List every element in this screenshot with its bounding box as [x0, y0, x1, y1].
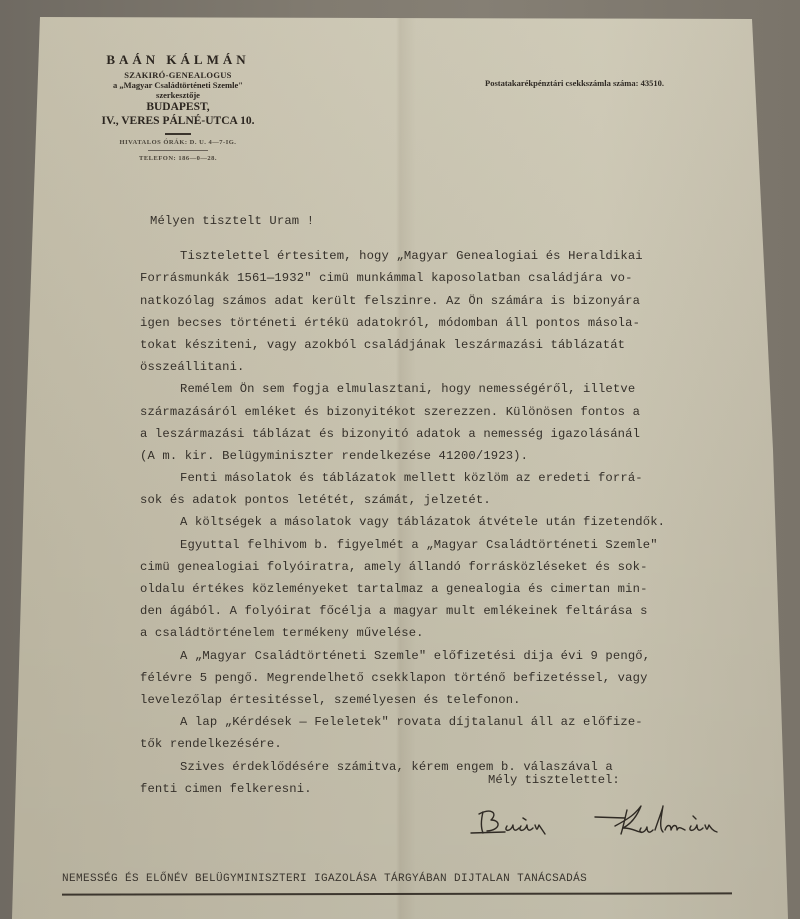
letterhead-role: szerkesztője — [78, 90, 278, 100]
text-line: Tisztelettel értesitem, hogy „Magyar Gen… — [140, 245, 740, 267]
text-line: den ágából. A folyóirat főcélja a magyar… — [140, 600, 740, 622]
letterhead-journal: a „Magyar Családtörténeti Szemle" — [78, 80, 278, 90]
text-line: Egyuttal felhivom b. figyelmét a „Magyar… — [140, 534, 740, 556]
paragraph-4: A költségek a másolatok vagy táblázatok … — [140, 511, 740, 533]
text-line: a családtörténelem termékeny művelése. — [140, 622, 740, 644]
text-line: oldalu értékes közleményeket tartalmaz a… — [140, 578, 740, 600]
text-line: igen becses történeti értékü adatokról, … — [140, 312, 740, 334]
paragraph-6: A „Magyar Családtörténeti Szemle" előfiz… — [140, 645, 740, 712]
paragraph-5: Egyuttal felhivom b. figyelmét a „Magyar… — [140, 534, 740, 645]
salutation: Mélyen tisztelt Uram ! — [140, 210, 740, 232]
text-line: A költségek a másolatok vagy táblázatok … — [140, 511, 740, 533]
text-line: natkozólag számos adat került felszinre.… — [140, 290, 740, 312]
text-line: A „Magyar Családtörténeti Szemle" előfiz… — [140, 645, 740, 667]
text-line: Fenti másolatok és táblázatok mellett kö… — [140, 467, 740, 489]
letterhead-name: BAÁN KÁLMÁN — [78, 52, 278, 68]
text-line: félévre 5 pengő. Megrendelhető csekklapo… — [140, 667, 740, 689]
paragraph-1: Tisztelettel értesitem, hogy „Magyar Gen… — [140, 245, 740, 378]
letterhead-address: IV., VERES PÁLNÉ-UTCA 10. — [78, 114, 278, 128]
letterhead-city: BUDAPEST, — [78, 101, 278, 114]
signature-icon — [465, 798, 755, 848]
letterhead-divider-small — [148, 150, 208, 151]
letterhead: BAÁN KÁLMÁN SZAKIRÓ-GENEALOGUS a „Magyar… — [78, 52, 278, 163]
text-line: cimü genealogiai folyóiratra, amely álla… — [140, 556, 740, 578]
letter-body: Mélyen tisztelt Uram ! Tisztelettel érte… — [140, 210, 740, 800]
closing-phrase: Mély tisztelettel: — [488, 773, 620, 787]
text-line: származásáról emléket és bizonyitékot sz… — [140, 401, 740, 423]
paragraph-7: A lap „Kérdések — Feleletek" rovata díjt… — [140, 711, 740, 755]
text-line: (A m. kir. Belügyminiszter rendelkezése … — [140, 445, 740, 467]
paragraph-8: Szives érdeklődésére számitva, kérem eng… — [140, 756, 740, 800]
letterhead-office-hours: HIVATALOS ÓRÁK: D. U. 4—7-IG. — [78, 138, 278, 147]
text-line: sok és adatok pontos letétét, számát, je… — [140, 489, 740, 511]
paragraph-2: Remélem Ön sem fogja elmulasztani, hogy … — [140, 378, 740, 467]
letterhead-divider — [165, 133, 191, 135]
letterhead-phone: TELEFON: 186—0—28. — [78, 154, 278, 163]
text-line: levelezőlap értesitéssel, személyesen és… — [140, 689, 740, 711]
account-number-line: Postatakarékpénztári csekkszámla száma: … — [485, 78, 664, 88]
text-line: A lap „Kérdések — Feleletek" rovata díjt… — [140, 711, 740, 733]
text-line: Forrásmunkák 1561—1932" cimü munkámmal k… — [140, 267, 740, 289]
text-line: összeállitani. — [140, 356, 740, 378]
text-line: tokat késziteni, vagy azokból családjána… — [140, 334, 740, 356]
letterhead-title: SZAKIRÓ-GENEALOGUS — [78, 70, 278, 80]
footer-note: NEMESSÉG ÉS ELŐNÉV BELÜGYMINISZTERI IGAZ… — [62, 873, 587, 885]
paragraph-3: Fenti másolatok és táblázatok mellett kö… — [140, 467, 740, 511]
text-line: a leszármazási táblázat és bizonyitó ada… — [140, 423, 740, 445]
text-line: tők rendelkezésére. — [140, 733, 740, 755]
text-line: Remélem Ön sem fogja elmulasztani, hogy … — [140, 378, 740, 400]
handwritten-signature — [465, 798, 755, 848]
text-line: Szives érdeklődésére számitva, kérem eng… — [140, 756, 740, 778]
text-line: fenti cimen felkeresni. — [140, 778, 740, 800]
